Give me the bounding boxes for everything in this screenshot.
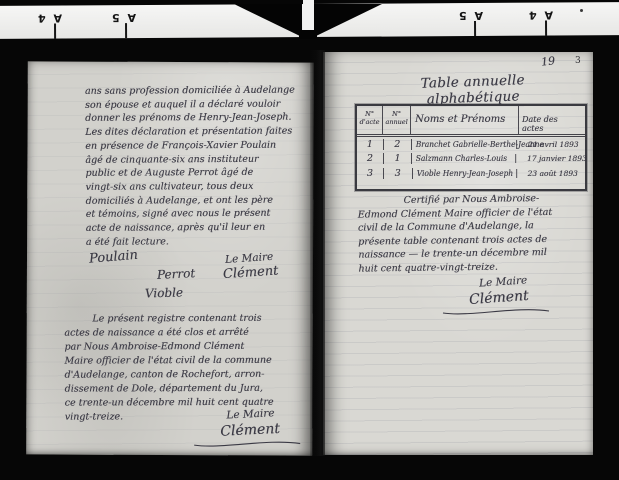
cell-name: Branchet Gabrielle-Berthe-Jeanne	[412, 140, 517, 149]
manuscript-line: et témoins, signé avec nous le présent	[86, 207, 318, 222]
signature-flourish	[441, 305, 551, 317]
table-header-date: Date des actes	[519, 106, 577, 134]
table-header-act-order: N° d'acte	[357, 106, 383, 134]
film-marker: A 5	[453, 4, 487, 23]
certification-signature-title: Le Maire	[479, 274, 528, 289]
register-closing-text: Le présent registre contenant trois acte…	[64, 312, 316, 425]
cell-order: 2	[357, 153, 384, 164]
manuscript-line: Les dites déclaration et présentation fa…	[85, 125, 317, 140]
manuscript-line: ans sans profession domiciliée à Audelan…	[85, 83, 317, 98]
cell-date: 17 janvier 1893	[524, 154, 585, 163]
manuscript-line: donner les prénoms de Henry-Jean-Joseph.	[85, 111, 317, 126]
table-header-names: Noms et Prénoms	[411, 106, 519, 134]
film-tick	[54, 24, 56, 39]
cell-act: 3	[384, 168, 413, 179]
cell-act: 1	[384, 153, 413, 164]
records-table: N° d'acte N° annuel Noms et Prénoms Date…	[355, 104, 587, 191]
film-tick	[125, 23, 127, 38]
manuscript-line: domiciliés à Audelange, et ont les père	[86, 193, 318, 208]
birth-act-text: ans sans profession domiciliée à Audelan…	[85, 83, 318, 249]
film-tick	[474, 21, 476, 36]
film-tick	[545, 21, 547, 36]
header-line: d'acte	[357, 118, 382, 126]
microfilm-frame: A 4 A 5 A 5 A 4 ans sans profession domi…	[0, 0, 619, 480]
cell-act: 2	[384, 139, 413, 150]
signature-mayor-name: Clément	[223, 264, 279, 283]
frame-notch-base	[299, 30, 317, 39]
folio-number: 19	[540, 54, 555, 68]
certification-text: Certifié par Nous Ambroise- Edmond Cléme…	[357, 191, 590, 276]
film-marker-label: A 5	[110, 11, 136, 24]
page-gutter	[310, 50, 325, 456]
film-marker: A 5	[106, 6, 140, 25]
manuscript-line: d'Audelange, canton de Rochefort, arron-	[65, 368, 317, 383]
cell-order: 1	[357, 139, 384, 150]
manuscript-line: son épouse et auquel il a déclaré vouloi…	[85, 97, 317, 112]
left-page: ans sans profession domiciliée à Audelan…	[26, 61, 314, 455]
manuscript-line: ce trente-un décembre mil huit cent quat…	[65, 396, 317, 411]
manuscript-line: actes de naissance a été clos et arrêté	[64, 326, 316, 341]
signature-witness-poulain: Poulain	[88, 248, 138, 267]
signature-witness-perrot: Perrot	[157, 266, 196, 282]
manuscript-line: a été fait lecture.	[86, 234, 318, 249]
manuscript-line: acte de naissance, après qu'il leur en	[86, 220, 318, 235]
manuscript-line: vingt-six ans cultivateur, tous deux	[85, 179, 317, 194]
table-row: 1 2 Branchet Gabrielle-Berthe-Jeanne 21 …	[357, 137, 585, 152]
page-number: 3	[575, 56, 581, 66]
right-page: 19 3 Table annuelle alphabétique N° d'ac…	[323, 52, 593, 455]
table-header-row: N° d'acte N° annuel Noms et Prénoms Date…	[357, 106, 585, 137]
signature-declarant-vioble: Vioble	[145, 285, 184, 300]
closing-signature-title: Le Maire	[226, 407, 275, 421]
cell-name: Salzmann Charles-Louis	[412, 154, 516, 163]
film-marker-label: A 4	[36, 12, 62, 25]
table-row: 3 3 Vioble Henry-Jean-Joseph 23 août 189…	[357, 166, 585, 181]
manuscript-line: public et de Auguste Perrot âgé de	[85, 166, 317, 181]
film-dust-speck	[580, 9, 583, 12]
table-row: 2 1 Salzmann Charles-Louis 17 janvier 18…	[357, 152, 585, 167]
manuscript-line: par Nous Ambroise-Edmond Clément	[64, 340, 316, 355]
film-marker-label: A 5	[457, 9, 483, 22]
cell-name: Vioble Henry-Jean-Joseph	[413, 169, 517, 178]
film-marker: A 4	[523, 3, 557, 22]
manuscript-line: en présence de François-Xavier Poulain	[85, 138, 317, 153]
manuscript-line: Maire officier de l'état civil de la com…	[64, 354, 316, 369]
cell-date: 23 août 1893	[525, 169, 585, 178]
film-marker: A 4	[32, 6, 66, 25]
manuscript-line: dissement de Dole, département du Jura,	[65, 382, 317, 397]
header-line: N°	[357, 110, 382, 118]
table-header-act-annual: N° annuel	[383, 106, 411, 134]
header-line: annuel	[383, 118, 410, 126]
frame-notch-slit	[303, 0, 314, 30]
header-line: N°	[383, 110, 410, 118]
manuscript-line: âgé de cinquante-six ans instituteur	[85, 152, 317, 167]
cell-order: 3	[357, 168, 384, 179]
manuscript-line: Le présent registre contenant trois	[64, 312, 316, 327]
signature-flourish	[192, 437, 302, 449]
manuscript-line: huit cent quatre-vingt-treize.	[358, 259, 590, 276]
film-marker-label: A 4	[527, 9, 553, 22]
